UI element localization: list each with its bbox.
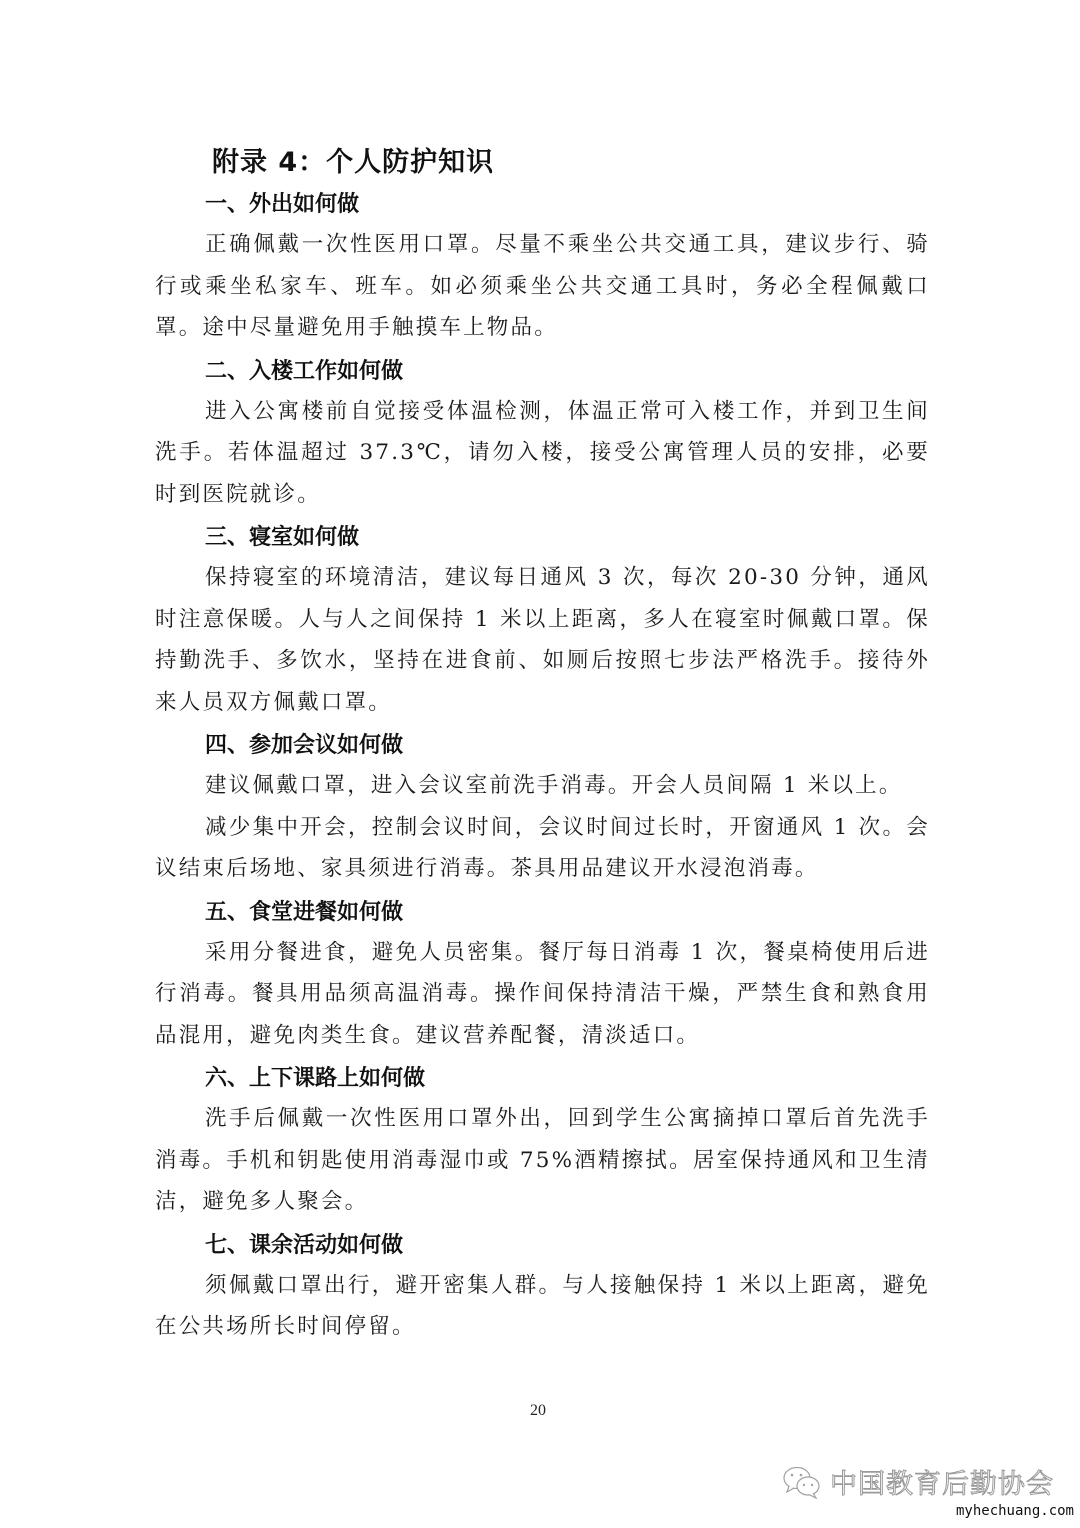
section-heading: 三、寝室如何做 bbox=[155, 519, 930, 557]
wechat-icon bbox=[782, 1465, 822, 1499]
section-paragraph: 进入公寓楼前自觉接受体温检测，体温正常可入楼工作，并到卫生间洗手。若体温超过 3… bbox=[155, 391, 930, 516]
section-canteen: 五、食堂进餐如何做 采用分餐进食，避免人员密集。餐厅每日消毒 1 次，餐桌椅使用… bbox=[155, 894, 930, 1057]
section-extracurricular: 七、课余活动如何做 须佩戴口罩出行，避开密集人群。与人接触保持 1 米以上距离，… bbox=[155, 1227, 930, 1348]
section-heading: 四、参加会议如何做 bbox=[155, 727, 930, 765]
section-paragraph: 保持寝室的环境清洁，建议每日通风 3 次，每次 20-30 分钟，通风时注意保暖… bbox=[155, 557, 930, 723]
section-going-out: 一、外出如何做 正确佩戴一次性医用口罩。尽量不乘坐公共交通工具，建议步行、骑行或… bbox=[155, 186, 930, 349]
section-paragraph: 洗手后佩戴一次性医用口罩外出，回到学生公寓摘掉口罩后首先洗手消毒。手机和钥匙使用… bbox=[155, 1098, 930, 1223]
document-body: 一、外出如何做 正确佩戴一次性医用口罩。尽量不乘坐公共交通工具，建议步行、骑行或… bbox=[155, 186, 930, 1352]
site-url: myhechuang.com bbox=[956, 1503, 1074, 1519]
watermark-text: 中国教育后勤协会 bbox=[830, 1462, 1054, 1501]
watermark: 中国教育后勤协会 bbox=[782, 1462, 1054, 1501]
section-paragraph: 建议佩戴口罩，进入会议室前洗手消毒。开会人员间隔 1 米以上。 bbox=[155, 765, 930, 807]
section-heading: 六、上下课路上如何做 bbox=[155, 1060, 930, 1098]
section-heading: 二、入楼工作如何做 bbox=[155, 353, 930, 391]
section-heading: 一、外出如何做 bbox=[155, 186, 930, 224]
section-paragraph: 减少集中开会，控制会议时间，会议时间过长时，开窗通风 1 次。会议结束后场地、家… bbox=[155, 807, 930, 890]
section-paragraph: 正确佩戴一次性医用口罩。尽量不乘坐公共交通工具，建议步行、骑行或乘坐私家车、班车… bbox=[155, 224, 930, 349]
section-paragraph: 须佩戴口罩出行，避开密集人群。与人接触保持 1 米以上距离，避免在公共场所长时间… bbox=[155, 1265, 930, 1348]
document-title: 附录 4：个人防护知识 bbox=[212, 140, 494, 179]
section-meetings: 四、参加会议如何做 建议佩戴口罩，进入会议室前洗手消毒。开会人员间隔 1 米以上… bbox=[155, 727, 930, 890]
section-entering-building: 二、入楼工作如何做 进入公寓楼前自觉接受体温检测，体温正常可入楼工作，并到卫生间… bbox=[155, 353, 930, 516]
document-page: 附录 4：个人防护知识 一、外出如何做 正确佩戴一次性医用口罩。尽量不乘坐公共交… bbox=[0, 0, 1080, 1528]
section-paragraph: 采用分餐进食，避免人员密集。餐厅每日消毒 1 次，餐桌椅使用后进行消毒。餐具用品… bbox=[155, 932, 930, 1057]
section-commute-to-class: 六、上下课路上如何做 洗手后佩戴一次性医用口罩外出，回到学生公寓摘掉口罩后首先洗… bbox=[155, 1060, 930, 1223]
section-heading: 七、课余活动如何做 bbox=[155, 1227, 930, 1265]
section-heading: 五、食堂进餐如何做 bbox=[155, 894, 930, 932]
section-dormitory: 三、寝室如何做 保持寝室的环境清洁，建议每日通风 3 次，每次 20-30 分钟… bbox=[155, 519, 930, 723]
page-number: 20 bbox=[530, 1402, 546, 1420]
